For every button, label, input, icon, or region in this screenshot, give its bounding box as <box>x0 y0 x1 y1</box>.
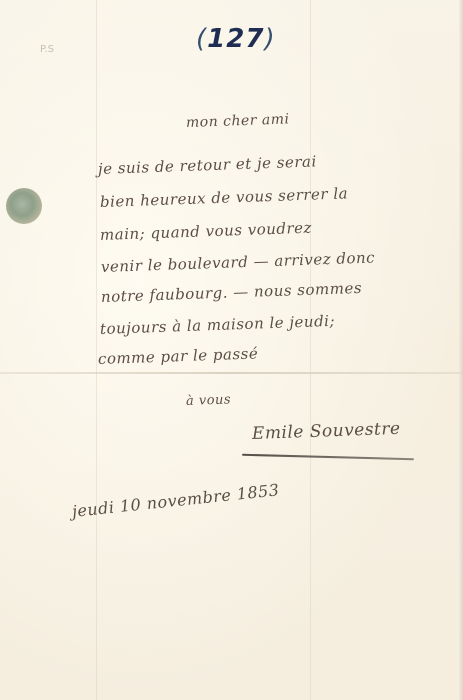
archive-number: (127) <box>196 24 276 54</box>
wax-seal-stain <box>6 188 42 224</box>
close-paren: ) <box>264 24 275 54</box>
body-line: toujours à la maison le jeudi; <box>100 312 336 338</box>
body-line: notre faubourg. — nous sommes <box>101 279 363 306</box>
body-line: main; quand vous voudrez <box>100 219 313 244</box>
body-line: comme par le passé <box>98 344 259 368</box>
body-line: je suis de retour et je serai <box>98 152 317 178</box>
signature-underline <box>242 454 414 461</box>
salutation: mon cher ami <box>186 111 290 131</box>
closing: à vous <box>186 392 232 409</box>
body-line: bien heureux de vous serrer la <box>100 184 349 211</box>
fold-line-horizontal <box>0 372 463 374</box>
letter-page: P.S (127) mon cher ami je suis de retour… <box>0 0 463 700</box>
date-line: jeudi 10 novembre 1853 <box>71 480 280 521</box>
fold-line-vertical <box>310 0 311 700</box>
corner-mark: P.S <box>40 44 54 55</box>
paper-edge <box>459 0 463 700</box>
signature: Emile Souvestre <box>252 419 401 444</box>
archive-number-value: 127 <box>207 24 264 54</box>
open-paren: ( <box>196 24 207 54</box>
body-line: venir le boulevard — arrivez donc <box>101 248 376 276</box>
